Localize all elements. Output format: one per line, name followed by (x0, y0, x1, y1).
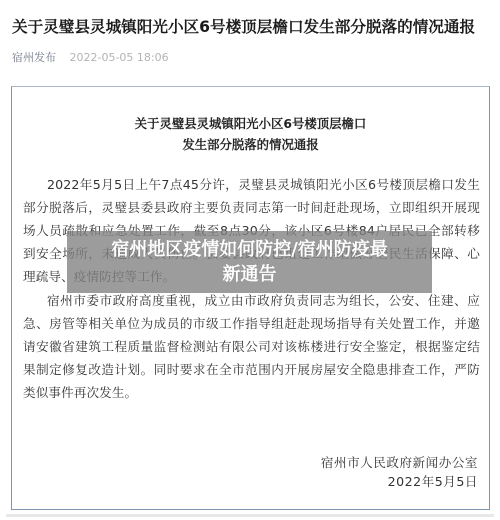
article-meta: 宿州发布 2022-05-05 18:06 (12, 50, 169, 66)
article-source-link[interactable]: 宿州发布 (12, 51, 56, 64)
overlay-caption-line2: 新通告 (223, 262, 277, 287)
document-title-line2: 发生部分脱落的情况通报 (12, 135, 489, 153)
notice-document-image: 关于灵璧县灵城镇阳光小区6号楼顶层檐口 发生部分脱落的情况通报 2022年5月5… (11, 86, 490, 510)
signature-organization: 宿州市人民政府新闻办公室 (321, 453, 478, 472)
document-signature: 宿州市人民政府新闻办公室 2022年5月5日 (321, 453, 478, 491)
paragraph-line: 部分脱落后，灵璧县委县政府主要负责同志第一时间赶赴现场，立即组织开展现 (23, 196, 480, 219)
article-title: 关于灵璧县灵城镇阳光小区6号楼顶层檐口发生部分脱落的情况通报 (12, 16, 496, 38)
paragraph-line: 2022年5月5日上午7点45分许，灵璧县灵城镇阳光小区6号楼顶层檐口发生 (23, 173, 480, 196)
paragraph-line: 类似事件再次发生。 (23, 381, 480, 404)
document-title-line1: 关于灵璧县灵城镇阳光小区6号楼顶层檐口 (12, 114, 489, 132)
signature-date: 2022年5月5日 (321, 472, 478, 491)
paragraph-line: 请安徽省建筑工程质量监督检测站有限公司对该栋楼进行安全鉴定，根据鉴定结 (23, 335, 480, 358)
document-divider (6, 514, 494, 517)
article-timestamp: 2022-05-05 18:06 (70, 51, 169, 64)
paragraph-line: 急、房管等相关单位为成员的市级工作指导组赶赴现场指导有关处置工作，并邀 (23, 312, 480, 335)
caption-overlay[interactable]: 宿州地区疫情如何防控/宿州防疫最 新通告 (67, 231, 432, 293)
paragraph-line: 果制定修复改造计划。同时要求在全市范围内开展房屋安全隐患排查工作，严防 (23, 358, 480, 381)
overlay-caption-line1: 宿州地区疫情如何防控/宿州防疫最 (111, 237, 388, 262)
document-paragraph-2: 宿州市委市政府高度重视，成立由市政府负责同志为组长，公安、住建、应 急、房管等相… (23, 289, 480, 404)
article-page: 关于灵璧县灵城镇阳光小区6号楼顶层檐口发生部分脱落的情况通报 宿州发布 2022… (0, 0, 500, 520)
